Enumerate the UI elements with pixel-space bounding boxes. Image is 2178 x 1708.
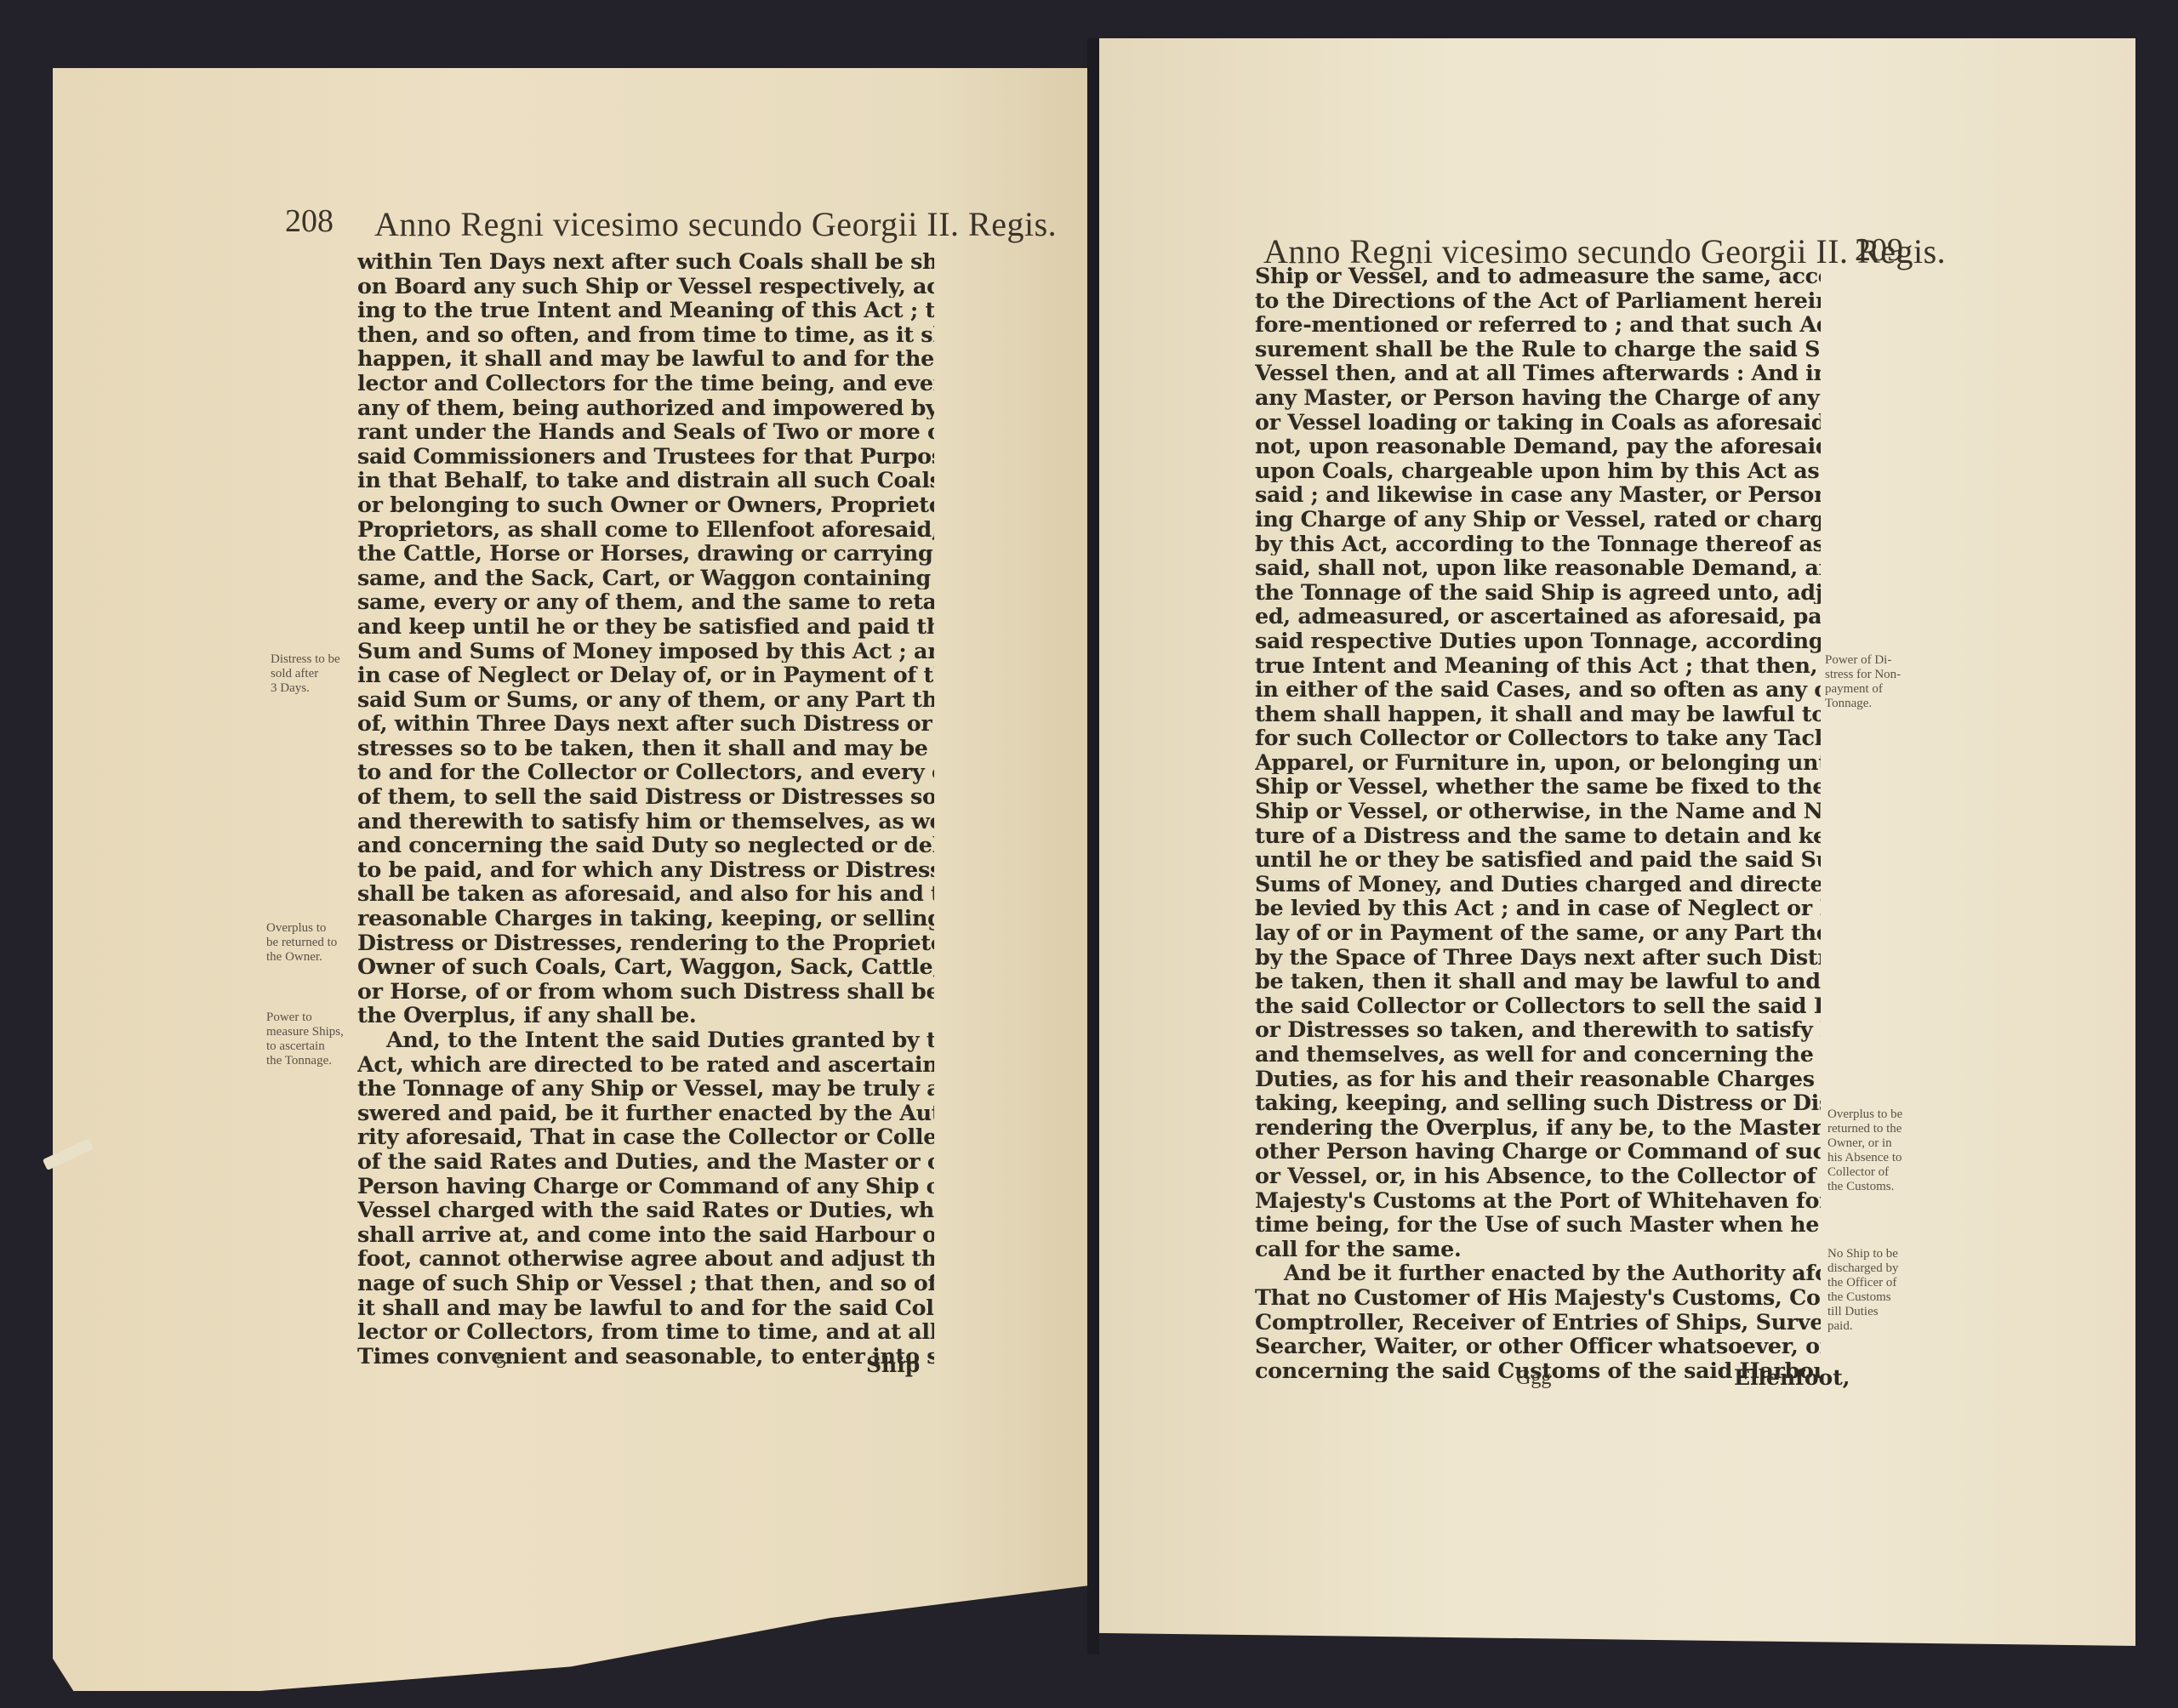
text-line: Duties, as for his and their reasonable … [1255, 1067, 1821, 1091]
left-body-text: within Ten Days next after such Coals sh… [357, 249, 934, 1368]
text-line: of, within Three Days next after such Di… [357, 711, 934, 736]
text-line: rendering the Overplus, if any be, to th… [1255, 1115, 1821, 1140]
text-line: taking, keeping, and selling such Distre… [1255, 1090, 1821, 1115]
text-line: any Master, or Person having the Charge … [1255, 385, 1821, 410]
text-line: call for the same. [1255, 1237, 1821, 1261]
text-line: Apparel, or Furniture in, upon, or belon… [1255, 750, 1821, 775]
text-line: by this Act, according to the Tonnage th… [1255, 532, 1821, 556]
text-line: Vessel then, and at all Times afterwards… [1255, 361, 1821, 385]
text-line: and therewith to satisfy him or themselv… [357, 809, 934, 834]
text-line: on Board any such Ship or Vessel respect… [357, 274, 934, 299]
text-line: within Ten Days next after such Coals sh… [357, 249, 934, 274]
text-line: and keep until he or they be satisfied a… [357, 614, 934, 639]
text-line: to be paid, and for which any Distress o… [357, 857, 934, 882]
text-line: them shall happen, it shall and may be l… [1255, 702, 1821, 726]
text-line: Sums of Money, and Duties charged and di… [1255, 872, 1821, 897]
text-line: Ship or Vessel, or otherwise, in the Nam… [1255, 799, 1821, 823]
catchword-right: Ellenfoot, [1734, 1365, 1850, 1390]
text-line: Searcher, Waiter, or other Officer whats… [1255, 1334, 1821, 1358]
text-line: nage of such Ship or Vessel ; that then,… [357, 1271, 934, 1295]
text-line: lector or Collectors, from time to time,… [357, 1319, 934, 1344]
text-line: in either of the said Cases, and so ofte… [1255, 677, 1821, 702]
text-line: same, and the Sack, Cart, or Waggon cont… [357, 566, 934, 590]
text-line: stresses so to be taken, then it shall a… [357, 736, 934, 760]
text-line: or belonging to such Owner or Owners, Pr… [357, 492, 934, 517]
text-line: swered and paid, be it further enacted b… [357, 1101, 934, 1125]
text-line: fore-mentioned or referred to ; and that… [1255, 312, 1821, 337]
text-line: Vessel charged with the said Rates or Du… [357, 1198, 934, 1222]
signature-mark-right: Ggg [1516, 1367, 1551, 1390]
text-line: the Tonnage of any Ship or Vessel, may b… [357, 1076, 934, 1101]
text-line: Ship or Vessel, and to admeasure the sam… [1255, 264, 1821, 288]
text-line: time being, for the Use of such Master w… [1255, 1212, 1821, 1237]
margin-note-overplus-customs: Overplus to be returned to the Owner, or… [1827, 1107, 1925, 1194]
text-line: other Person having Charge or Command of… [1255, 1139, 1821, 1164]
folio-right: 209 [1855, 231, 1903, 269]
text-line: shall arrive at, and come into the said … [357, 1222, 934, 1247]
text-line: and themselves, as well for and concerni… [1255, 1042, 1821, 1067]
text-line: shall be taken as aforesaid, and also fo… [357, 881, 934, 906]
text-line: And, to the Intent the said Duties grant… [357, 1028, 934, 1052]
text-line: said Commissioners and Trustees for that… [357, 444, 934, 469]
text-line: to the Directions of the Act of Parliame… [1255, 288, 1821, 313]
text-line: same, every or any of them, and the same… [357, 589, 934, 614]
text-line: and concerning the said Duty so neglecte… [357, 833, 934, 857]
text-line: Comptroller, Receiver of Entries of Ship… [1255, 1310, 1821, 1335]
text-line: foot, cannot otherwise agree about and a… [357, 1246, 934, 1271]
text-line: lector and Collectors for the time being… [357, 371, 934, 396]
text-line: said, shall not, upon like reasonable De… [1255, 555, 1821, 580]
text-line: in case of Neglect or Delay of, or in Pa… [357, 663, 934, 687]
margin-note-overplus-owner: Overplus to be returned to the Owner. [266, 921, 360, 965]
text-line: said ; and likewise in case any Master, … [1255, 482, 1821, 507]
text-line: ing Charge of any Ship or Vessel, rated … [1255, 507, 1821, 532]
text-line: the Overplus, if any shall be. [357, 1003, 934, 1028]
text-line: That no Customer of His Majesty's Custom… [1255, 1285, 1821, 1310]
text-line: Sum and Sums of Money imposed by this Ac… [357, 639, 934, 663]
text-line: until he or they be satisfied and paid t… [1255, 847, 1821, 872]
right-body-text: Ship or Vessel, and to admeasure the sam… [1255, 264, 1821, 1382]
text-line: in that Behalf, to take and distrain all… [357, 468, 934, 492]
text-line: lay of or in Payment of the same, or any… [1255, 920, 1821, 945]
text-line: the Tonnage of the said Ship is agreed u… [1255, 580, 1821, 605]
text-line: the said Collector or Collectors to sell… [1255, 993, 1821, 1018]
text-line: Proprietors, as shall come to Ellenfoot … [357, 517, 934, 542]
text-line: or Horse, of or from whom such Distress … [357, 979, 934, 1004]
text-line: to and for the Collector or Collectors, … [357, 760, 934, 784]
margin-note-distress-sold: Distress to be sold after 3 Days. [271, 652, 356, 696]
text-line: Owner of such Coals, Cart, Waggon, Sack,… [357, 954, 934, 979]
text-line: said Sum or Sums, or any of them, or any… [357, 687, 934, 712]
catchword-left: Ship [866, 1352, 920, 1377]
text-line: reasonable Charges in taking, keeping, o… [357, 906, 934, 931]
text-line: then, and so often, and from time to tim… [357, 322, 934, 347]
text-line: ing to the true Intent and Meaning of th… [357, 298, 934, 322]
folio-left: 208 [285, 202, 334, 240]
text-line: or Distresses so taken, and therewith to… [1255, 1017, 1821, 1042]
text-line: And be it further enacted by the Authori… [1255, 1261, 1821, 1285]
text-line: the Cattle, Horse or Horses, drawing or … [357, 541, 934, 566]
text-line: said respective Duties upon Tonnage, acc… [1255, 629, 1821, 653]
text-line: or Vessel loading or taking in Coals as … [1255, 410, 1821, 435]
text-line: surement shall be the Rule to charge the… [1255, 337, 1821, 362]
text-line: be levied by this Act ; and in case of N… [1255, 896, 1821, 920]
margin-note-measure-ships: Power to measure Ships, to ascertain the… [266, 1011, 360, 1068]
text-line: happen, it shall and may be lawful to an… [357, 346, 934, 371]
gutter-gap [1087, 38, 1099, 1654]
text-line: any of them, being authorized and impowe… [357, 396, 934, 420]
text-line: rity aforesaid, That in case the Collect… [357, 1124, 934, 1149]
text-line: be taken, then it shall and may be lawfu… [1255, 969, 1821, 993]
text-line: for such Collector or Collectors to take… [1255, 726, 1821, 750]
text-line: of them, to sell the said Distress or Di… [357, 784, 934, 809]
signature-mark-left: 5 [496, 1351, 506, 1374]
text-line: it shall and may be lawful to and for th… [357, 1295, 934, 1320]
text-line: true Intent and Meaning of this Act ; th… [1255, 653, 1821, 678]
text-line: upon Coals, chargeable upon him by this … [1255, 458, 1821, 483]
text-line: Times convenient and seasonable, to ente… [357, 1344, 934, 1369]
text-line: by the Space of Three Days next after su… [1255, 945, 1821, 970]
text-line: Distress or Distresses, rendering to the… [357, 931, 934, 955]
text-line: of the said Rates and Duties, and the Ma… [357, 1149, 934, 1174]
text-line: Act, which are directed to be rated and … [357, 1052, 934, 1077]
text-line: not, upon reasonable Demand, pay the afo… [1255, 434, 1821, 458]
running-head-left: Anno Regni vicesimo secundo Georgii II. … [374, 204, 1057, 244]
text-line: Ship or Vessel, whether the same be fixe… [1255, 774, 1821, 799]
margin-note-power-distress: Power of Di- stress for Non- payment of … [1825, 653, 1919, 711]
text-line: rant under the Hands and Seals of Two or… [357, 419, 934, 444]
text-line: Majesty's Customs at the Port of Whiteha… [1255, 1188, 1821, 1213]
margin-note-no-ship-discharged: No Ship to be discharged by the Officer … [1827, 1247, 1925, 1334]
text-line: or Vessel, or, in his Absence, to the Co… [1255, 1164, 1821, 1188]
text-line: Person having Charge or Command of any S… [357, 1174, 934, 1198]
text-line: ture of a Distress and the same to detai… [1255, 823, 1821, 848]
text-line: ed, admeasured, or ascertained as afores… [1255, 604, 1821, 629]
